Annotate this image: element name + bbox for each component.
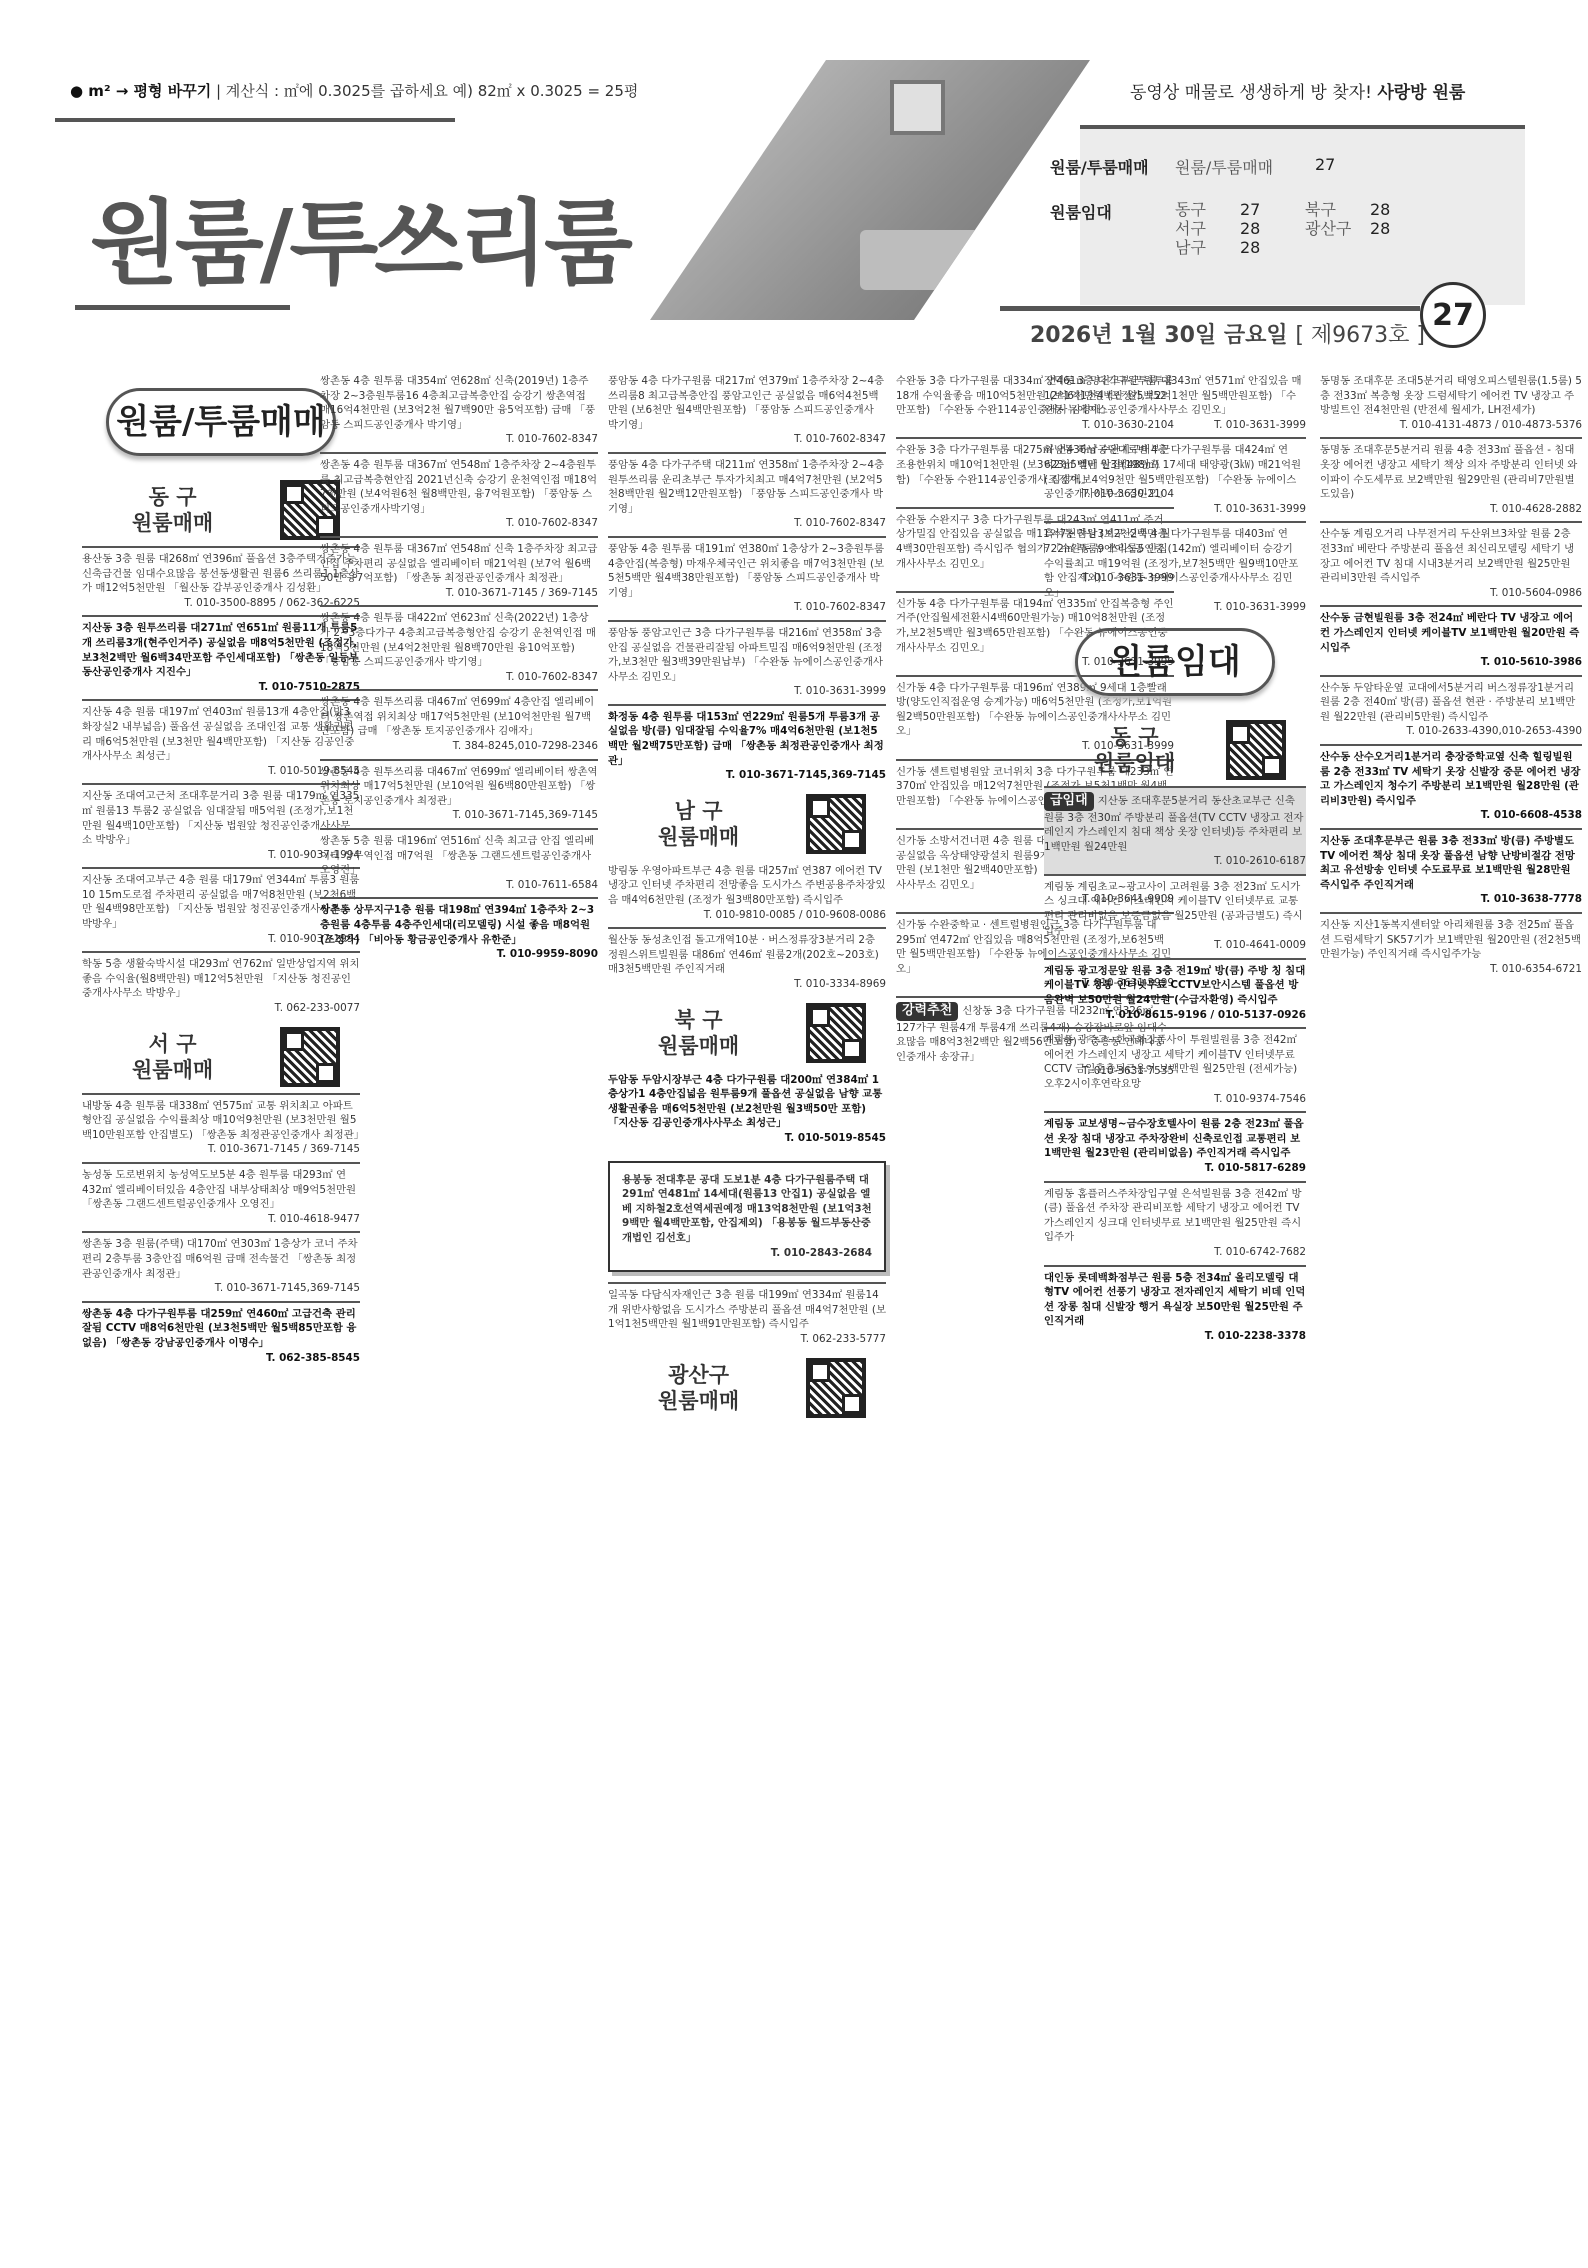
listing-phone: T. 010-3671-7145,369-7145 bbox=[608, 768, 886, 783]
qr-code-icon[interactable] bbox=[806, 1358, 866, 1418]
listing: 지산동 3층 원투쓰리룸 대271㎡ 연651㎡ 원룸11개 투룸5개 쓰리룸3… bbox=[82, 615, 360, 699]
date-rule bbox=[1000, 306, 1420, 311]
district-category: 원룸매매 bbox=[658, 824, 739, 850]
slogan: 동영상 매물로 생생하게 방 찾자! 사랑방 원룸 bbox=[1130, 78, 1465, 103]
listing: 계림동 광주고~한국화장품사이 투원빌원룸 3층 전42㎡ 에어컨 가스레인지 … bbox=[1044, 1027, 1306, 1111]
urgent-badge: 급임대 bbox=[1044, 792, 1094, 811]
listing-text: 일곡동 다담식자재인근 3층 원룸 대199㎡ 연334㎡ 원룸14개 위반사항… bbox=[608, 1288, 886, 1332]
listing-phone: T. 010-7602-8347 bbox=[320, 516, 598, 531]
listing-text: 풍암동 4층 다가구원룸 대217㎡ 연379㎡ 1층주차장 2~4층쓰리룸8 … bbox=[608, 374, 886, 432]
listing: 지산동 조대여고부근 4층 원룸 대179㎡ 연344㎡ 투룸3 원룸10 15… bbox=[82, 867, 360, 951]
listing: 산수동 금현빌원룸 3층 전24㎡ 베란다 TV 냉장고 에어컨 가스레인지 인… bbox=[1320, 605, 1582, 674]
listing: 풍암동 4층 다가구원룸 대217㎡ 연379㎡ 1층주차장 2~4층쓰리룸8 … bbox=[608, 370, 886, 452]
listing: 학동 5층 생활숙박시설 대293㎡ 연762㎡ 일반상업지역 위치좋음 수익율… bbox=[82, 951, 360, 1020]
district-name: 서 구 bbox=[132, 1031, 213, 1057]
listing-text: 지산동 조대여고부근 4층 원룸 대179㎡ 연344㎡ 투룸3 원룸10 15… bbox=[82, 873, 360, 931]
listing: 지산동 조대여고근처 조대후문거리 3층 원룸 대179㎡ 연335㎡ 원룸13… bbox=[82, 783, 360, 867]
listing: 흑석동 하남3지구 신축 4층 다가구원투룸 대403㎡ 연722㎡ 투룸9 쓰… bbox=[1044, 521, 1306, 620]
slogan-text: 동영상 매물로 생생하게 방 찾자! bbox=[1130, 83, 1377, 103]
listing: 방림동 우영아파트부근 4층 원룸 대257㎡ 연387 에어컨 TV 냉장고 … bbox=[608, 860, 886, 927]
district-category: 원룸매매 bbox=[658, 1388, 739, 1414]
listing-text: 쌍촌동 4층 다가구원투룸 대259㎡ 연460㎡ 고급건축 관리잘됨 CCTV… bbox=[82, 1307, 360, 1351]
listing: 쌍촌동 4층 원투쓰리룸 대467㎡ 연699㎡ 엘리베이터 쌍촌역 위치최상 … bbox=[320, 759, 598, 828]
listing-text: 하남동 하남공단대로변 4층 다가구원투룸 대424㎡ 연623㎡ 엘베 안집(… bbox=[1044, 443, 1306, 501]
listing-text: 풍암동 풍암고인근 3층 다가구원투룸 대216㎡ 연358㎡ 3층안집 공실없… bbox=[608, 626, 886, 684]
column-6: 동명동 조대후문 조대5분거리 태영오피스텔원룸(1.5룸) 5층 전33㎡ 복… bbox=[1320, 370, 1582, 981]
recommended-badge: 강력추천 bbox=[896, 1002, 958, 1021]
listing: 산수동 두암타운옆 교대에서5분거리 버스정류장1분거리 원룸 2층 전40㎡ … bbox=[1320, 675, 1582, 744]
listing-text: 학동 5층 생활숙박시설 대293㎡ 연762㎡ 일반상업지역 위치좋음 수익율… bbox=[82, 957, 360, 1001]
listing-phone: T. 010-6742-7682 bbox=[1044, 1245, 1306, 1260]
listing: 하남동 하남공단대로변 4층 다가구원투룸 대424㎡ 연623㎡ 엘베 안집(… bbox=[1044, 437, 1306, 521]
section-index: 원룸/투룸매매 원룸/투룸매매 27 원룸임대 동구27북구28 서구28광산구… bbox=[1080, 125, 1525, 305]
conversion-bar: ● m² → 평형 바꾸기 | 계산식 : ㎡에 0.3025를 곱하세요 예)… bbox=[70, 80, 638, 101]
listing-phone: T. 010-3631-3999 bbox=[1044, 600, 1306, 615]
listing-text: 계림동 광고정문앞 원룸 3층 전19㎡ 방(큼) 주방 칭 침대 케이블TV … bbox=[1044, 964, 1306, 1008]
listing-phone: T. 010-3671-7145,369-7145 bbox=[82, 1281, 360, 1296]
district-header-bukgu: 북 구원룸매매 bbox=[608, 997, 886, 1069]
listing-text: 용산동 3층 원룸 대268㎡ 연396㎡ 풀옵션 3층주택거주가능 신축급건물… bbox=[82, 552, 360, 596]
listing-text: 월산동 동성초인접 돌고개역10분 · 버스정류장3분거리 2층 정원스위트빌원… bbox=[608, 933, 886, 977]
listing: 용산동 3층 원룸 대268㎡ 연396㎡ 풀옵션 3층주택거주가능 신축급건물… bbox=[82, 546, 360, 615]
district-category: 원룸임대 bbox=[1094, 750, 1175, 776]
listing-phone: T. 010-3631-3999 bbox=[608, 684, 886, 699]
listing: 쌍촌동 4층 다가구원투룸 대259㎡ 연460㎡ 고급건축 관리잘됨 CCTV… bbox=[82, 1301, 360, 1370]
listing: 풍암동 풍암고인근 3층 다가구원투룸 대216㎡ 연358㎡ 3층안집 공실없… bbox=[608, 620, 886, 704]
listing-phone: T. 384-8245,010-7298-2346 bbox=[320, 739, 598, 754]
listing-phone: T. 010-3671-7145,369-7145 bbox=[320, 808, 598, 823]
listing: 계림동 홈플러스주차장입구옆 은석빌원룸 3층 전42㎡ 방(큼) 풀옵션 주차… bbox=[1044, 1181, 1306, 1265]
listing: 두암동 두암시장부근 4층 다가구원룸 대200㎡ 연384㎡ 1층상가1 4층… bbox=[608, 1069, 886, 1151]
column-2: 쌍촌동 4층 원투룸 대354㎡ 연628㎡ 신축(2019년) 1층주차장 2… bbox=[320, 370, 598, 967]
listing-phone: T. 010-6354-6721 bbox=[1320, 962, 1582, 977]
column-1: 원룸/투룸매매 동 구원룸매매 용산동 3층 원룸 대268㎡ 연396㎡ 풀옵… bbox=[82, 380, 360, 1370]
listing-phone: T. 010-9810-0085 / 010-9608-0086 bbox=[608, 908, 886, 923]
district-header-donggu-rent: 동 구원룸임대 bbox=[1044, 714, 1306, 786]
top-rule bbox=[55, 118, 455, 122]
listing-text: 계림동 계림초교~광고사이 고려원룸 3층 전23㎡ 도시가스 싱크대 에어컨 … bbox=[1044, 880, 1306, 938]
title-underline bbox=[75, 305, 290, 310]
listing-phone: T. 010-2843-2684 bbox=[622, 1246, 872, 1261]
section-heading-rent: 원룸임대 bbox=[1075, 628, 1275, 696]
listing-text: 풍암동 4층 다가구주택 대211㎡ 연358㎡ 1층주차장 2~4층원투쓰리룸… bbox=[608, 458, 886, 516]
index-page: 28 bbox=[1240, 219, 1305, 238]
qr-code-icon[interactable] bbox=[806, 1003, 866, 1063]
listing: 일곡동 다담식자재인근 3층 원룸 대199㎡ 연334㎡ 원룸14개 위반사항… bbox=[608, 1282, 886, 1351]
listing-phone: T. 010-9374-7546 bbox=[1044, 1092, 1306, 1107]
listing-text: 농성동 도로변위치 농성역도보5분 4층 원투룸 대293㎡ 연432㎡ 엘리베… bbox=[82, 1168, 360, 1212]
qr-code-icon[interactable] bbox=[280, 1027, 340, 1087]
listing-phone: T. 010-9037-1994 bbox=[82, 932, 360, 947]
district-header-gwangsangu: 광산구원룸매매 bbox=[608, 1352, 886, 1424]
listing-phone: T. 010-6608-4538 bbox=[1320, 808, 1582, 823]
listing-text: 지산동 조대여고근처 조대후문거리 3층 원룸 대179㎡ 연335㎡ 원룸13… bbox=[82, 789, 360, 847]
listing: 쌍촌동 3층 원룸(주택) 대170㎡ 연303㎡ 1층상가 코너 주차편리 2… bbox=[82, 1231, 360, 1300]
listing-phone: T. 010-3671-7145 / 369-7145 bbox=[320, 586, 598, 601]
listing-phone: T. 010-5604-0986 bbox=[1320, 586, 1582, 601]
listing-text: 지산동 조대후문부근 원룸 3층 전33㎡ 방(큼) 주방별도 TV 에어컨 책… bbox=[1320, 834, 1582, 892]
index-page: 28 bbox=[1370, 200, 1390, 219]
district-name: 북 구 bbox=[658, 1007, 739, 1033]
listing-text: 동명동 조대후문5분거리 원룸 4층 전33㎡ 풀옵션 - 침대 옷장 에어컨 … bbox=[1320, 443, 1582, 501]
index-district: 동구 bbox=[1175, 200, 1240, 219]
listing-text: 쌍촌동 4층 원투쓰리룸 대467㎡ 연699㎡ 4층안집 엘리베이터 쌍촌역접… bbox=[320, 695, 598, 739]
listing: 쌍촌동 4층 원투쓰리룸 대467㎡ 연699㎡ 4층안집 엘리베이터 쌍촌역접… bbox=[320, 689, 598, 758]
issue-number: [ 제9673호 ] bbox=[1295, 323, 1425, 348]
listing: 농성동 도로변위치 농성역도보5분 4층 원투룸 대293㎡ 연432㎡ 엘리베… bbox=[82, 1162, 360, 1231]
listing-phone: T. 010-4628-2882 bbox=[1320, 502, 1582, 517]
listing: 동명동 조대후문5분거리 원룸 4층 전33㎡ 풀옵션 - 침대 옷장 에어컨 … bbox=[1320, 437, 1582, 521]
listing: 쌍촌동 4층 원투룸 대367㎡ 연548㎡ 신축 1층주차장 최고급안집 주차… bbox=[320, 536, 598, 605]
conversion-formula: | 계산식 : ㎡에 0.3025를 곱하세요 예) 82㎡ x 0.3025 … bbox=[216, 82, 638, 100]
listing-phone: T. 010-3631-3999 bbox=[1044, 418, 1306, 433]
index-page: 27 bbox=[1240, 200, 1305, 219]
listing-phone: T. 010-3631-3999 bbox=[1044, 502, 1306, 517]
listing-text: 방림동 우영아파트부근 4층 원룸 대257㎡ 연387 에어컨 TV 냉장고 … bbox=[608, 864, 886, 908]
district-header-seogu: 서 구원룸매매 bbox=[82, 1021, 360, 1093]
index-district: 서구 bbox=[1175, 219, 1240, 238]
district-name: 동 구 bbox=[1094, 724, 1175, 750]
listing-phone: T. 010-7510-2875 bbox=[82, 680, 360, 695]
district-category: 원룸매매 bbox=[658, 1033, 739, 1059]
column-3: 풍암동 4층 다가구원룸 대217㎡ 연379㎡ 1층주차장 2~4층쓰리룸8 … bbox=[608, 370, 886, 1424]
listing-urgent: 급임대지산동 조대후문5분거리 동산초교부근 신축 원룸 3층 전30㎡ 주방분… bbox=[1044, 786, 1306, 874]
listing-phone: T. 010-4641-0009 bbox=[1044, 938, 1306, 953]
index-rent-table: 동구27북구28 서구28광산구28 남구28 bbox=[1175, 200, 1390, 257]
listing: 월산동 동성초인접 돌고개역10분 · 버스정류장3분거리 2층 정원스위트빌원… bbox=[608, 927, 886, 996]
qr-code-icon[interactable] bbox=[1226, 720, 1286, 780]
listing-phone: T. 010-8615-9196 / 010-5137-0926 bbox=[1044, 1008, 1306, 1023]
district-category: 원룸매매 bbox=[132, 510, 213, 536]
index-rent-heading: 원룸임대 bbox=[1050, 200, 1175, 257]
index-sale-label: 원룸/투룸매매 bbox=[1175, 155, 1315, 178]
listing: 지산동 지산1동복지센터앞 아리채원룸 3층 전25㎡ 풀옵션 드럼세탁기 SK… bbox=[1320, 912, 1582, 981]
listing-phone: T. 010-7602-8347 bbox=[608, 432, 886, 447]
listing-phone: T. 010-3671-7145 / 369-7145 bbox=[82, 1142, 360, 1157]
listing: 지산동 조대후문부근 원룸 3층 전33㎡ 방(큼) 주방별도 TV 에어컨 책… bbox=[1320, 828, 1582, 912]
listing-phone: T. 010-7602-8347 bbox=[608, 516, 886, 531]
index-district: 남구 bbox=[1175, 238, 1240, 257]
listing-text: 쌍촌동 4층 원투룸 대367㎡ 연548㎡ 1층주차장 2~4층원투룸 최고급… bbox=[320, 458, 598, 516]
listing: 산수동 산수오거리1분거리 충장중학교옆 신축 힐링빌원룸 2층 전33㎡ TV… bbox=[1320, 744, 1582, 828]
listing-text: 쌍촌동 5층 원룸 대196㎡ 연516㎡ 신축 최고급 안집 엘리베이터 상무… bbox=[320, 834, 598, 878]
listing: 쌍촌동 상무지구1층 원룸 대198㎡ 연394㎡ 1층주차 2~3층원룸 4층… bbox=[320, 897, 598, 966]
listing-text: 장덕동 3층 다가구원투룸 대343㎡ 연571㎡ 안집있음 매12억6천만원 … bbox=[1044, 374, 1306, 418]
district-name: 남 구 bbox=[658, 798, 739, 824]
listing-phone: T. 010-2238-3378 bbox=[1044, 1329, 1306, 1344]
listing-text: 두암동 두암시장부근 4층 다가구원룸 대200㎡ 연384㎡ 1층상가1 4층… bbox=[608, 1073, 886, 1131]
listing-text: 쌍촌동 4층 원투쓰리룸 대467㎡ 연699㎡ 엘리베이터 쌍촌역 위치최상 … bbox=[320, 765, 598, 809]
slogan-brand: 사랑방 원룸 bbox=[1377, 83, 1465, 103]
listing-phone: T. 010-4131-4873 / 010-4873-5376 bbox=[1320, 418, 1582, 433]
listing: 장덕동 3층 다가구원투룸 대343㎡ 연571㎡ 안집있음 매12억6천만원 … bbox=[1044, 370, 1306, 437]
listing-text: 산수동 산수오거리1분거리 충장중학교옆 신축 힐링빌원룸 2층 전33㎡ TV… bbox=[1320, 750, 1582, 808]
issue-date: 2026년 1월 30일 금요일 [ 제9673호 ] bbox=[1030, 318, 1425, 349]
listing-phone: T. 062-385-8545 bbox=[82, 1351, 360, 1366]
date-text: 2026년 1월 30일 금요일 bbox=[1030, 323, 1288, 348]
district-header-namgu: 남 구원룸매매 bbox=[608, 788, 886, 860]
listing: 산수동 계림오거리 나무전거리 두산위브3차앞 원룸 2층 전33㎡ 베란다 주… bbox=[1320, 521, 1582, 605]
listing-text: 화정동 4층 원투룸 대153㎡ 연229㎡ 원룸5개 투룸3개 공실없음 방(… bbox=[608, 710, 886, 768]
listing: 대인동 롯데백화점부근 원룸 5층 전34㎡ 올리모델링 대형TV 에어컨 선풍… bbox=[1044, 1265, 1306, 1349]
listing-text: 산수동 계림오거리 나무전거리 두산위브3차앞 원룸 2층 전33㎡ 베란다 주… bbox=[1320, 527, 1582, 585]
page-section-title: 원룸/투쓰리룸 bbox=[90, 170, 629, 302]
listing-phone: T. 062-233-0077 bbox=[82, 1001, 360, 1016]
listing: 풍암동 4층 원투룸 대191㎡ 연380㎡ 1층상가 2~3층원투룸 4층안집… bbox=[608, 536, 886, 620]
listing: 쌍촌동 5층 원룸 대196㎡ 연516㎡ 신축 최고급 안집 엘리베이터 상무… bbox=[320, 828, 598, 897]
listing-phone: T. 062-233-5777 bbox=[608, 1332, 886, 1347]
listing-phone: T. 010-7602-8347 bbox=[608, 600, 886, 615]
listing-text: 내방동 4층 원투룸 대338㎡ 연575㎡ 교통 위치최고 아파트형안집 공실… bbox=[82, 1099, 360, 1143]
listing-text: 대인동 롯데백화점부근 원룸 5층 전34㎡ 올리모델링 대형TV 에어컨 선풍… bbox=[1044, 1271, 1306, 1329]
qr-code-icon[interactable] bbox=[806, 794, 866, 854]
listing-phone: T. 010-4618-9477 bbox=[82, 1212, 360, 1227]
listing-text: 쌍촌동 4층 원투룸 대354㎡ 연628㎡ 신축(2019년) 1층주차장 2… bbox=[320, 374, 598, 432]
listing-phone: T. 010-5019-8545 bbox=[82, 764, 360, 779]
district-name: 광산구 bbox=[658, 1362, 739, 1388]
listing-phone: T. 010-3334-8969 bbox=[608, 977, 886, 992]
listing-phone: T. 010-7602-8347 bbox=[320, 670, 598, 685]
listing-phone: T. 010-7611-6584 bbox=[320, 878, 598, 893]
page-number: 27 bbox=[1420, 282, 1486, 348]
index-sale-heading: 원룸/투룸매매 bbox=[1050, 155, 1175, 178]
district-name: 동 구 bbox=[132, 484, 213, 510]
district-category: 원룸매매 bbox=[132, 1057, 213, 1083]
picture-frame-graphic bbox=[890, 80, 945, 135]
sofa-graphic bbox=[860, 230, 1010, 290]
listing-phone: T. 010-5817-6289 bbox=[1044, 1161, 1306, 1176]
listing: 계림동 계림초교~광고사이 고려원룸 3층 전23㎡ 도시가스 싱크대 에어컨 … bbox=[1044, 874, 1306, 958]
district-header-donggu: 동 구원룸매매 bbox=[82, 474, 360, 546]
listing-phone: T. 010-7602-8347 bbox=[320, 432, 598, 447]
listing-text: 지산동 지산1동복지센터앞 아리채원룸 3층 전25㎡ 풀옵션 드럼세탁기 SK… bbox=[1320, 918, 1582, 962]
listing: 지산동 4층 원룸 대197㎡ 연403㎡ 원룸13개 4층안집(방3 화장실2… bbox=[82, 699, 360, 783]
listing-text: 동명동 조대후문 조대5분거리 태영오피스텔원룸(1.5룸) 5층 전33㎡ 복… bbox=[1320, 374, 1582, 418]
listing: 쌍촌동 4층 원투룸 대367㎡ 연548㎡ 1층주차장 2~4층원투룸 최고급… bbox=[320, 452, 598, 536]
listing-text: 쌍촌동 3층 원룸(주택) 대170㎡ 연303㎡ 1층상가 코너 주차편리 2… bbox=[82, 1237, 360, 1281]
listing-text: 계림동 홈플러스주차장입구옆 은석빌원룸 3층 전42㎡ 방(큼) 풀옵션 주차… bbox=[1044, 1187, 1306, 1245]
listing-phone: T. 010-2633-4390,010-2653-4390 bbox=[1320, 724, 1582, 739]
listing-phone: T. 010-3638-7778 bbox=[1320, 892, 1582, 907]
listing-phone: T. 010-5610-3986 bbox=[1320, 655, 1582, 670]
listing-text: 지산동 4층 원룸 대197㎡ 연403㎡ 원룸13개 4층안집(방3 화장실2… bbox=[82, 705, 360, 763]
listing-text: 쌍촌동 상무지구1층 원룸 대198㎡ 연394㎡ 1층주차 2~3층원룸 4층… bbox=[320, 903, 598, 947]
index-district: 북구 bbox=[1305, 200, 1370, 219]
index-page: 28 bbox=[1240, 238, 1305, 257]
listing-text: 쌍촌동 4층 원투룸 대422㎡ 연623㎡ 신축(2022년) 1층상가 2~… bbox=[320, 611, 598, 669]
interior-photo bbox=[650, 60, 1090, 320]
listing-text: 용봉동 전대후문 공대 도보1분 4층 다가구원룸주택 대291㎡ 연481㎡ … bbox=[622, 1173, 872, 1246]
index-page: 28 bbox=[1370, 219, 1390, 238]
listing: 쌍촌동 4층 원투룸 대354㎡ 연628㎡ 신축(2019년) 1층주차장 2… bbox=[320, 370, 598, 452]
listing: 계림동 광고정문앞 원룸 3층 전19㎡ 방(큼) 주방 칭 침대 케이블TV … bbox=[1044, 958, 1306, 1027]
listing-text: 산수동 두암타운옆 교대에서5분거리 버스정류장1분거리 원룸 2층 전40㎡ … bbox=[1320, 681, 1582, 725]
listing-text: 흑석동 하남3지구 신축 4층 다가구원투룸 대403㎡ 연722㎡ 투룸9 쓰… bbox=[1044, 527, 1306, 600]
featured-listing-box: 용봉동 전대후문 공대 도보1분 4층 다가구원룸주택 대291㎡ 연481㎡ … bbox=[608, 1161, 886, 1273]
listing: 동명동 조대후문 조대5분거리 태영오피스텔원룸(1.5룸) 5층 전33㎡ 복… bbox=[1320, 370, 1582, 437]
listing: 풍암동 4층 다가구주택 대211㎡ 연358㎡ 1층주차장 2~4층원투쓰리룸… bbox=[608, 452, 886, 536]
listing: 계림동 교보생명~금수장호텔사이 원룸 2층 전23㎡ 풀옵션 옷장 침대 냉장… bbox=[1044, 1111, 1306, 1180]
listing-text: 계림동 교보생명~금수장호텔사이 원룸 2층 전23㎡ 풀옵션 옷장 침대 냉장… bbox=[1044, 1117, 1306, 1161]
listing-phone: T. 010-2610-6187 bbox=[1044, 854, 1306, 869]
listing: 내방동 4층 원투룸 대338㎡ 연575㎡ 교통 위치최고 아파트형안집 공실… bbox=[82, 1093, 360, 1162]
listing-phone: T. 010-9037-1994 bbox=[82, 848, 360, 863]
listing-phone: T. 010-5019-8545 bbox=[608, 1131, 886, 1146]
index-sale-page: 27 bbox=[1315, 155, 1335, 178]
index-district: 광산구 bbox=[1305, 219, 1370, 238]
section-heading-sale: 원룸/투룸매매 bbox=[106, 388, 336, 456]
conversion-title: ● m² → 평형 바꾸기 bbox=[70, 82, 211, 100]
column-5: 장덕동 3층 다가구원투룸 대343㎡ 연571㎡ 안집있음 매12억6천만원 … bbox=[1044, 370, 1306, 1349]
listing-phone: T. 010-9959-8090 bbox=[320, 947, 598, 962]
listing-text: 쌍촌동 4층 원투룸 대367㎡ 연548㎡ 신축 1층주차장 최고급안집 주차… bbox=[320, 542, 598, 586]
listing: 쌍촌동 4층 원투룸 대422㎡ 연623㎡ 신축(2022년) 1층상가 2~… bbox=[320, 605, 598, 689]
listing-phone: T. 010-3500-8895 / 062-362-6225 bbox=[82, 596, 360, 611]
listing: 화정동 4층 원투룸 대153㎡ 연229㎡ 원룸5개 투룸3개 공실없음 방(… bbox=[608, 704, 886, 788]
listing-text: 산수동 금현빌원룸 3층 전24㎡ 베란다 TV 냉장고 에어컨 가스레인지 인… bbox=[1320, 611, 1582, 655]
listing-text: 계림동 광주고~한국화장품사이 투원빌원룸 3층 전42㎡ 에어컨 가스레인지 … bbox=[1044, 1033, 1306, 1091]
listing-text: 풍암동 4층 원투룸 대191㎡ 연380㎡ 1층상가 2~3층원투룸 4층안집… bbox=[608, 542, 886, 600]
listing-text: 지산동 3층 원투쓰리룸 대271㎡ 연651㎡ 원룸11개 투룸5개 쓰리룸3… bbox=[82, 621, 360, 679]
